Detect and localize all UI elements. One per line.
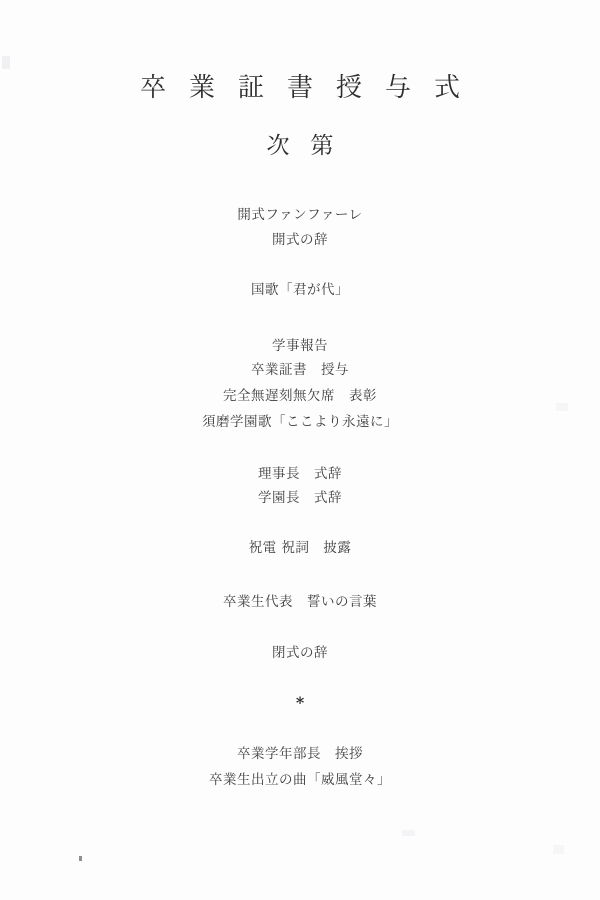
page-subtitle: 次第 bbox=[0, 134, 600, 159]
page-title: 卒業証書授与式 bbox=[0, 74, 600, 103]
line-departure-music: 卒業生出立の曲「威風堂々」 bbox=[0, 773, 600, 788]
line-chairman-address: 理事長 式辞 bbox=[0, 467, 600, 482]
line-principal-address: 学園長 式辞 bbox=[0, 491, 600, 506]
scanned-ceremony-program-page: 卒業証書授与式 次第 開式ファンファーレ 開式の辞 国歌「君が代」 学事報告 卒… bbox=[0, 0, 600, 900]
scan-artifact-bottom-speck bbox=[79, 856, 82, 861]
line-closing-address: 閉式の辞 bbox=[0, 646, 600, 661]
line-congratulatory-telegrams: 祝電 祝詞 披露 bbox=[0, 541, 600, 556]
line-opening-address: 開式の辞 bbox=[0, 233, 600, 248]
line-diploma-presentation: 卒業証書 授与 bbox=[0, 363, 600, 378]
line-grade-head-greeting: 卒業学年部長 挨拶 bbox=[0, 747, 600, 762]
line-perfect-attendance-award: 完全無遅刻無欠席 表彰 bbox=[0, 389, 600, 404]
scan-artifact-top-left bbox=[2, 56, 10, 69]
line-national-anthem: 国歌「君が代」 bbox=[0, 283, 600, 298]
scan-artifact-smudge-2 bbox=[556, 403, 568, 411]
line-school-song: 須磨学園歌「ここより永遠に」 bbox=[0, 415, 600, 430]
line-graduates-pledge: 卒業生代表 誓いの言葉 bbox=[0, 595, 600, 610]
line-opening-fanfare: 開式ファンファーレ bbox=[0, 208, 600, 223]
scan-artifact-smudge-1 bbox=[402, 830, 415, 836]
line-academic-report: 学事報告 bbox=[0, 339, 600, 354]
separator-asterisk: * bbox=[0, 694, 600, 712]
scan-artifact-smudge-3 bbox=[553, 845, 564, 854]
